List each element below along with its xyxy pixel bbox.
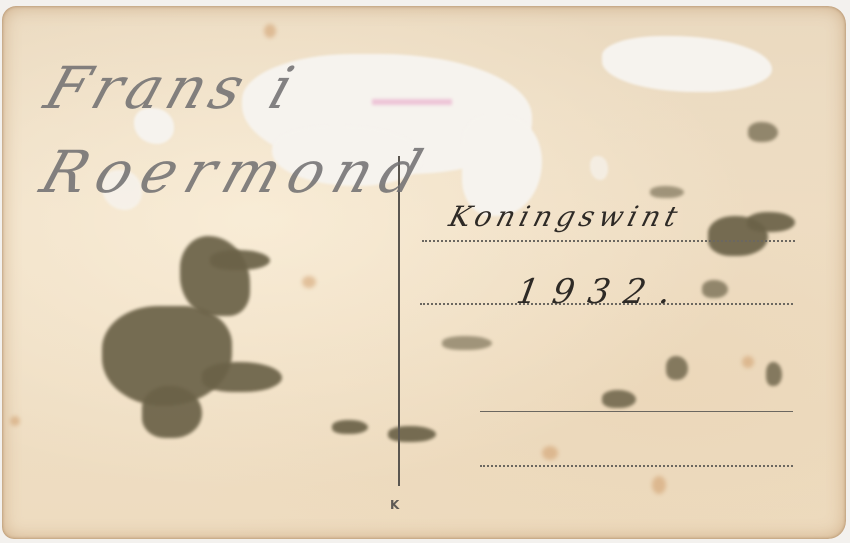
foxing-spot bbox=[264, 24, 276, 38]
handwritten-year: 1932. bbox=[513, 272, 687, 312]
foxing-spot bbox=[742, 356, 754, 368]
foxing-spot bbox=[542, 446, 558, 460]
printer-mark: K bbox=[390, 498, 399, 512]
dark-stain bbox=[210, 250, 270, 270]
dark-stain bbox=[202, 362, 282, 392]
foxing-spot bbox=[302, 276, 316, 288]
foxing-spot bbox=[10, 416, 20, 426]
glue-residue bbox=[590, 156, 608, 180]
pencil-inscription-line-1: Frans i bbox=[37, 54, 308, 122]
pencil-inscription-line-2: Roermond bbox=[33, 138, 440, 206]
address-line-3 bbox=[480, 411, 793, 412]
pink-mark bbox=[372, 99, 452, 105]
dark-stain bbox=[666, 356, 688, 380]
dark-stain bbox=[388, 426, 436, 442]
address-line-4 bbox=[480, 465, 793, 467]
dark-stain bbox=[180, 236, 250, 316]
dark-stain bbox=[142, 386, 202, 438]
dark-stain bbox=[702, 280, 728, 298]
postcard-back: K Frans i Roermond Koningswint 1932. bbox=[2, 6, 846, 539]
dark-stain bbox=[650, 186, 684, 198]
dark-stain bbox=[708, 216, 768, 256]
dark-stain bbox=[748, 122, 778, 142]
dark-stain bbox=[102, 306, 232, 406]
foxing-spot bbox=[652, 476, 666, 494]
address-line-1 bbox=[422, 240, 795, 242]
handwritten-place: Koningswint bbox=[446, 200, 686, 233]
dark-stain bbox=[766, 362, 782, 386]
glue-residue bbox=[602, 36, 772, 92]
dark-stain bbox=[442, 336, 492, 350]
dark-stain bbox=[602, 390, 636, 408]
dark-stain bbox=[747, 212, 795, 232]
dark-stain bbox=[332, 420, 368, 434]
